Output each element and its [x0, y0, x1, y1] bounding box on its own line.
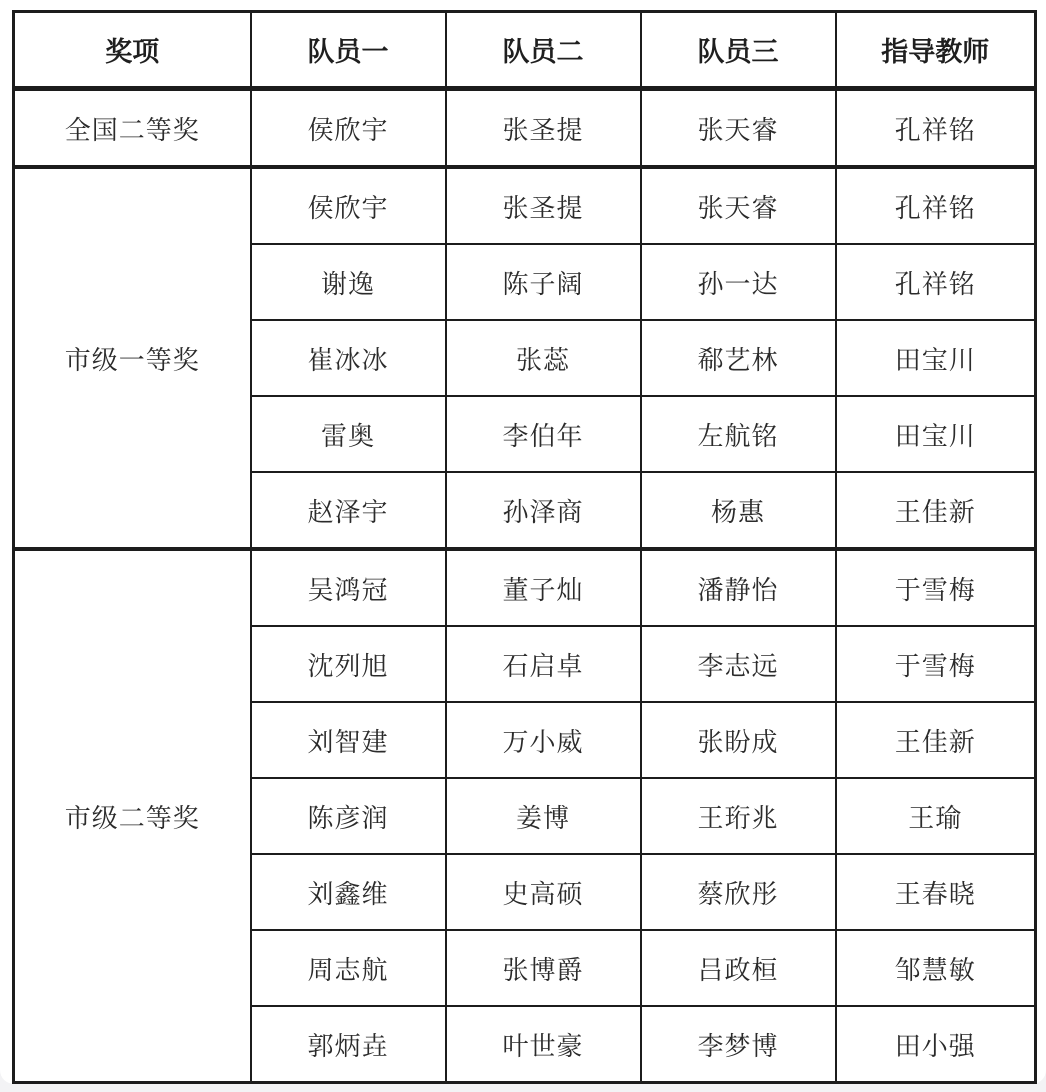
member-cell: 杨惠	[641, 472, 836, 549]
member-cell: 陈彦润	[251, 778, 446, 854]
member-cell: 郗艺林	[641, 320, 836, 396]
table-row: 全国二等奖 侯欣宇 张圣提 张天睿 孔祥铭	[14, 89, 1036, 168]
advisor-cell: 邹慧敏	[836, 930, 1036, 1006]
member-cell: 张圣提	[446, 167, 641, 244]
member-cell: 侯欣宇	[251, 167, 446, 244]
advisor-cell: 王瑜	[836, 778, 1036, 854]
member-cell: 史高硕	[446, 854, 641, 930]
member-cell: 张盼成	[641, 702, 836, 778]
member-cell: 雷奥	[251, 396, 446, 472]
member-cell: 左航铭	[641, 396, 836, 472]
document-card: 奖项 队员一 队员二 队员三 指导教师 全国二等奖 侯欣宇 张圣提 张天睿 孔祥…	[0, 0, 1046, 1084]
advisor-cell: 孔祥铭	[836, 167, 1036, 244]
member-cell: 崔冰冰	[251, 320, 446, 396]
member-cell: 吕政桓	[641, 930, 836, 1006]
member-cell: 王珩兆	[641, 778, 836, 854]
member-cell: 张圣提	[446, 89, 641, 168]
header-cell-member1: 队员一	[251, 12, 446, 89]
advisor-cell: 田小强	[836, 1006, 1036, 1083]
advisor-cell: 王春晓	[836, 854, 1036, 930]
member-cell: 周志航	[251, 930, 446, 1006]
advisor-cell: 王佳新	[836, 702, 1036, 778]
member-cell: 郭炳垚	[251, 1006, 446, 1083]
table-row: 市级一等奖 侯欣宇 张圣提 张天睿 孔祥铭	[14, 167, 1036, 244]
member-cell: 陈子阔	[446, 244, 641, 320]
header-cell-member2: 队员二	[446, 12, 641, 89]
member-cell: 刘鑫维	[251, 854, 446, 930]
advisor-cell: 于雪梅	[836, 626, 1036, 702]
table-row: 市级二等奖 吴鸿冠 董子灿 潘静怡 于雪梅	[14, 549, 1036, 626]
page: 奖项 队员一 队员二 队员三 指导教师 全国二等奖 侯欣宇 张圣提 张天睿 孔祥…	[0, 0, 1046, 1092]
member-cell: 赵泽宇	[251, 472, 446, 549]
awards-table: 奖项 队员一 队员二 队员三 指导教师 全国二等奖 侯欣宇 张圣提 张天睿 孔祥…	[12, 10, 1037, 1084]
member-cell: 李梦博	[641, 1006, 836, 1083]
award-cell: 市级一等奖	[14, 167, 251, 549]
member-cell: 谢逸	[251, 244, 446, 320]
member-cell: 刘智建	[251, 702, 446, 778]
member-cell: 张蕊	[446, 320, 641, 396]
award-cell: 市级二等奖	[14, 549, 251, 1083]
member-cell: 张天睿	[641, 89, 836, 168]
advisor-cell: 孔祥铭	[836, 244, 1036, 320]
member-cell: 石启卓	[446, 626, 641, 702]
advisor-cell: 于雪梅	[836, 549, 1036, 626]
header-row: 奖项 队员一 队员二 队员三 指导教师	[14, 12, 1036, 89]
member-cell: 董子灿	[446, 549, 641, 626]
member-cell: 叶世豪	[446, 1006, 641, 1083]
member-cell: 李志远	[641, 626, 836, 702]
member-cell: 张天睿	[641, 167, 836, 244]
member-cell: 万小威	[446, 702, 641, 778]
member-cell: 孙泽商	[446, 472, 641, 549]
advisor-cell: 田宝川	[836, 320, 1036, 396]
member-cell: 姜博	[446, 778, 641, 854]
advisor-cell: 田宝川	[836, 396, 1036, 472]
advisor-cell: 孔祥铭	[836, 89, 1036, 168]
member-cell: 吴鸿冠	[251, 549, 446, 626]
member-cell: 孙一达	[641, 244, 836, 320]
advisor-cell: 王佳新	[836, 472, 1036, 549]
award-cell: 全国二等奖	[14, 89, 251, 168]
header-cell-member3: 队员三	[641, 12, 836, 89]
header-cell-award: 奖项	[14, 12, 251, 89]
member-cell: 沈列旭	[251, 626, 446, 702]
member-cell: 张博爵	[446, 930, 641, 1006]
member-cell: 潘静怡	[641, 549, 836, 626]
member-cell: 侯欣宇	[251, 89, 446, 168]
header-cell-advisor: 指导教师	[836, 12, 1036, 89]
member-cell: 李伯年	[446, 396, 641, 472]
member-cell: 蔡欣彤	[641, 854, 836, 930]
